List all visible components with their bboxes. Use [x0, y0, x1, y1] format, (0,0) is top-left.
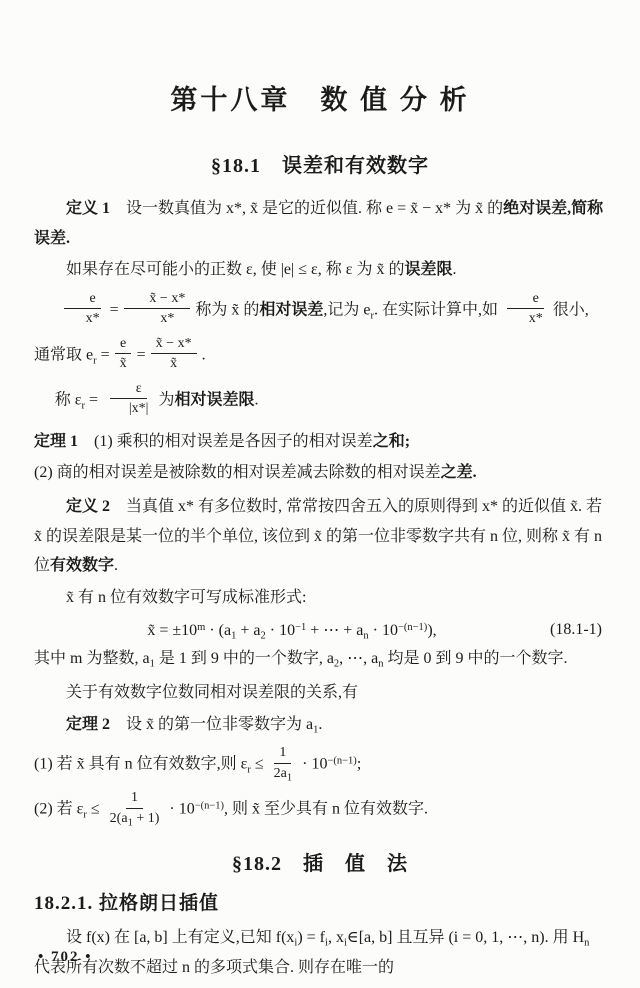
fraction-xdiff-over-xstar: x̃ − x*x*: [124, 290, 191, 328]
paragraph-theorem-2-item2: (2) 若 εr ≤12(a1 + 1)· 10−(n−1), 则 x̃ 至少具…: [34, 791, 606, 829]
subscript: n: [584, 938, 589, 949]
text-run: · 10: [369, 622, 398, 639]
text-run: .: [452, 261, 456, 278]
text-run: .: [255, 391, 259, 408]
superscript: −(n−1): [398, 622, 427, 633]
text-run: 设 f(x) 在 [a, b] 上有定义,已知 f(x: [66, 929, 294, 946]
equals-sign: =: [110, 301, 119, 318]
fraction-numerator: 1: [274, 744, 291, 764]
text-run: (2) 商的相对误差是被除数的相对误差减去除数的相对误差: [34, 464, 441, 481]
theorem-2-label: 定理 2: [66, 716, 110, 733]
paragraph-relative-error-line2: 通常取 er =ex̃=x̃ − x*x̃.: [34, 337, 606, 375]
text-run: 很小,: [553, 301, 589, 318]
bold-term: 相对误差限: [174, 391, 254, 408]
theorem-1-label: 定理 1: [34, 433, 78, 450]
equals-sign: =: [101, 346, 110, 363]
text-run: ≤: [251, 756, 264, 773]
paragraph-theorem-2: 定理 2 设 x̃ 的第一位非零数字为 a1.: [34, 710, 606, 740]
text-run: 通常取 e: [34, 346, 93, 363]
equals-sign: =: [137, 346, 146, 363]
section-18-2-title: §18.2 插 值 法: [34, 847, 606, 876]
fraction-numerator: ε: [110, 380, 147, 400]
section-18-1-title: §18.1 误差和有效数字: [34, 149, 606, 178]
equation-body: x̃ = ±10m · (a1 + a2 · 10−1 + ⋯ + an · 1…: [34, 620, 550, 640]
fraction-denominator: |x*|: [103, 399, 153, 418]
book-page: 第十八章 数 值 分 析 §18.1 误差和有效数字 定义 1 设一数真值为 x…: [0, 0, 640, 988]
subscript: r: [93, 355, 97, 366]
text-run: + ⋯ + a: [306, 622, 363, 639]
text-run: 为: [158, 391, 174, 408]
text-run: 2a: [274, 766, 287, 781]
fraction-xdiff-over-xtilde: x̃ − x*x̃: [151, 335, 197, 373]
paragraph-standard-form-intro: x̃ 有 n 位有效数字可写成标准形式:: [34, 583, 606, 613]
text-run: 设 x̃ 的第一位非零数字为 a: [110, 716, 313, 733]
fraction-denominator: 2(a1 + 1): [105, 809, 165, 828]
text-run: , x: [328, 929, 344, 946]
text-run: ) = f: [297, 929, 325, 946]
fraction-denominator: x*: [60, 309, 105, 328]
page-number: • 702 •: [38, 949, 93, 966]
paragraph-definition-2: 定义 2 当真值 x* 有多位数时, 常常按四舍五入的原则得到 x* 的近似值 …: [34, 492, 606, 581]
subscript: 1: [287, 772, 292, 783]
superscript: −1: [295, 622, 306, 633]
fraction-numerator: e: [115, 335, 131, 355]
bold-term: 之和;: [373, 433, 410, 450]
text-run: (2) 若 ε: [34, 801, 83, 818]
fraction-denominator: x̃: [165, 354, 182, 373]
paragraph-theorem-1-line2: (2) 商的相对误差是被除数的相对误差减去除数的相对误差之差.: [34, 458, 606, 488]
paragraph-error-limit: 如果存在尽可能小的正数 ε, 使 |e| ≤ ε, 称 ε 为 x̃ 的误差限.: [34, 255, 606, 285]
text-run: + 1): [133, 811, 160, 826]
paragraph-equation-explanation: 其中 m 为整数, a1 是 1 到 9 中的一个数字, a2, ⋯, an 均…: [34, 644, 606, 674]
text-run: ≤: [87, 801, 100, 818]
paragraph-theorem-2-item1: (1) 若 x̃ 具有 n 位有效数字,则 εr ≤12a1· 10−(n−1)…: [34, 746, 606, 784]
text-run: (1) 若 x̃ 具有 n 位有效数字,则 ε: [34, 756, 247, 773]
fraction-numerator: x̃ − x*: [124, 290, 191, 310]
text-run: 称为 x̃ 的: [195, 301, 259, 318]
equation-number: (18.1-1): [550, 621, 606, 639]
paragraph-relative-error-line1: ex*=x̃ − x*x*称为 x̃ 的相对误差,记为 er. 在实际计算中,如…: [34, 292, 606, 330]
bold-term: 相对误差: [259, 301, 323, 318]
fraction-numerator: 1: [126, 789, 143, 809]
fraction-numerator: e: [64, 290, 101, 310]
text-run: · 10: [169, 801, 194, 818]
text-run: · 10: [302, 756, 327, 773]
text-run: ∈[a, b] 且互异 (i = 0, 1, ⋯, n). 用 H: [347, 929, 584, 946]
superscript: −(n−1): [195, 801, 224, 812]
paragraph-relation-intro: 关于有效数字位数同相对误差限的关系,有: [34, 678, 606, 708]
fraction-eps-over-absxstar: ε|x*|: [103, 380, 153, 418]
fraction-e-over-xstar-small: ex*: [503, 290, 548, 328]
text-run: x̃ = ±10: [147, 622, 197, 639]
text-run: 其中 m 为整数, a: [34, 650, 150, 667]
definition-1-label: 定义 1: [66, 200, 110, 217]
text-run: · (a: [205, 622, 231, 639]
equation-18-1-1: x̃ = ±10m · (a1 + a2 · 10−1 + ⋯ + an · 1…: [34, 620, 606, 640]
text-run: ,记为 e: [323, 301, 370, 318]
text-run: 均是 0 到 9 中的一个数字.: [384, 650, 568, 667]
paragraph-theorem-1-line1: 定理 1 (1) 乘积的相对误差是各因子的相对误差之和;: [34, 427, 606, 457]
fraction-one-over-2a1: 12a1: [269, 744, 297, 782]
text-run: · 10: [266, 622, 295, 639]
text-run: ),: [427, 622, 436, 639]
subscript: r: [82, 400, 86, 411]
definition-2-label: 定义 2: [66, 498, 110, 515]
equals-sign: =: [89, 391, 98, 408]
fraction-denominator: x*: [503, 309, 548, 328]
subsection-18-2-1-title: 18.2.1. 拉格朗日插值: [34, 888, 606, 915]
text-run: .: [318, 716, 322, 733]
paragraph-relative-error-limit: 称 εr =ε|x*|为相对误差限.: [34, 382, 606, 420]
text-run: . 在实际计算中,如: [374, 301, 498, 318]
paragraph-definition-1: 定义 1 设一数真值为 x*, x̃ 是它的近似值. 称 e = x̃ − x*…: [34, 194, 606, 253]
fraction-one-over-2a1plus1: 12(a1 + 1): [105, 789, 165, 827]
text-run: .: [202, 346, 206, 363]
text-run: 2(a: [110, 811, 128, 826]
text-run: , ⋯, a: [339, 650, 378, 667]
fraction-denominator: x̃: [115, 354, 132, 373]
text-run: 称 ε: [55, 391, 82, 408]
fraction-denominator: 2a1: [269, 764, 297, 783]
bold-term: 之差.: [441, 464, 477, 481]
bold-term: 有效数字: [50, 557, 114, 574]
fraction-denominator: x*: [135, 309, 180, 328]
text-run: 设一数真值为 x*, x̃ 是它的近似值. 称 e = x̃ − x* 为 x̃…: [110, 200, 503, 217]
text-run: , 则 x̃ 至少具有 n 位有效数字.: [224, 801, 428, 818]
fraction-numerator: x̃ − x*: [151, 335, 197, 355]
text-run: ;: [357, 756, 361, 773]
fraction-numerator: e: [507, 290, 544, 310]
text-run: 当真值 x* 有多位数时, 常常按四舍五入的原则得到 x* 的近似值 x̃. 若…: [34, 498, 602, 574]
fraction-e-over-xtilde: ex̃: [115, 335, 132, 373]
text-run: 如果存在尽可能小的正数 ε, 使 |e| ≤ ε, 称 ε 为 x̃ 的: [66, 261, 404, 278]
text-run: .: [114, 557, 118, 574]
text-run: 是 1 到 9 中的一个数字, a: [155, 650, 334, 667]
paragraph-lagrange-intro: 设 f(x) 在 [a, b] 上有定义,已知 f(xi) = fi, xi∈[…: [34, 923, 606, 982]
text-run: + a: [236, 622, 260, 639]
superscript: −(n−1): [327, 756, 356, 767]
chapter-title: 第十八章 数 值 分 析: [34, 78, 606, 117]
text-run: (1) 乘积的相对误差是各因子的相对误差: [78, 433, 373, 450]
bold-term: 误差限: [404, 261, 452, 278]
fraction-e-over-xstar: ex*: [60, 290, 105, 328]
